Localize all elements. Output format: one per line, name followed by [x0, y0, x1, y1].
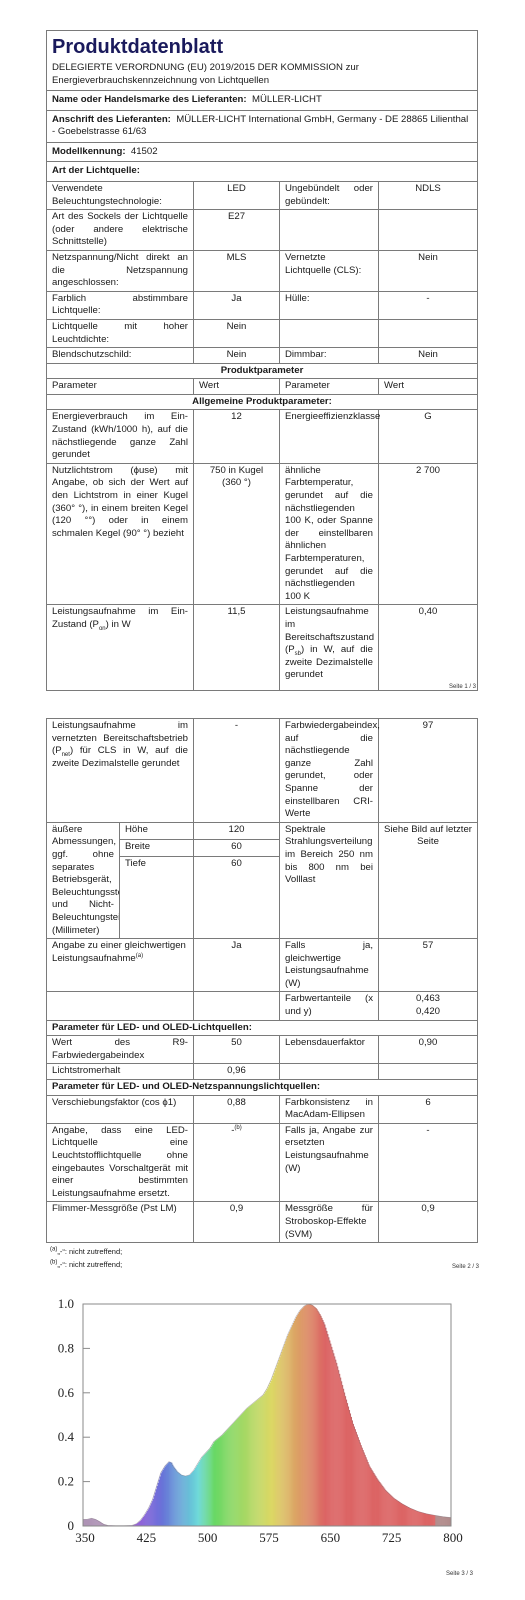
param-cell [280, 210, 379, 251]
param-cell: Ungebündelt oder gebündelt: [280, 181, 379, 209]
dim-height-label: Höhe [120, 822, 194, 839]
value-lumen-maintenance: 0,96 [194, 1064, 280, 1080]
footnote-b-text: „-“: nicht zutreffend; [57, 1260, 122, 1269]
y-tick-label: 0.2 [58, 1474, 74, 1489]
param-cell: Farblich abstimmbare Lichtquelle: [47, 291, 194, 319]
subscript-on: on [99, 626, 106, 632]
empty-cell [47, 992, 194, 1020]
supplier-address-label: Anschrift des Lieferanten: [52, 114, 171, 125]
param-dimensions: äußere Abmessungen, ggf. ohne separates … [47, 822, 120, 938]
datasheet-table-page-1: Produktdatenblatt DELEGIERTE VERORDNUNG … [46, 30, 478, 691]
dim-height-value: 120 [194, 822, 280, 839]
col-header-value-2: Wert [379, 379, 478, 395]
param-luminous-flux: Nutzlichtstrom (ϕuse) mit Angabe, ob sic… [47, 463, 194, 605]
value-cell: Nein [194, 348, 280, 364]
x-tick-label: 575 [259, 1530, 279, 1545]
param-color-temperature: ähnliche Farbtemperatur, gerundet auf di… [280, 463, 379, 605]
x-tick-label: 500 [198, 1530, 218, 1545]
param-fluorescent-replacement: Angabe, dass eine LED-Lichtquelle eine L… [47, 1123, 194, 1202]
param-cell: Netzspannung/Nicht direkt an die Netzspa… [47, 250, 194, 291]
value-cell: E27 [194, 210, 280, 251]
model-row: Modellkennung: 41502 [47, 142, 478, 162]
param-displacement-factor: Verschiebungsfaktor (cos ϕ1) [47, 1095, 194, 1123]
param-stroboscopic: Messgröße für Stroboskop-Effekte (SVM) [280, 1202, 379, 1243]
value-standby-power: 0,40 [379, 605, 478, 691]
value-cell: Ja [194, 291, 280, 319]
value-color-temperature: 2 700 [379, 463, 478, 605]
table-row: Angabe, dass eine LED-Lichtquelle eine L… [47, 1123, 478, 1202]
chromaticity-x: 0,463 [384, 993, 472, 1006]
page-title: Produktdatenblatt [52, 32, 472, 59]
x-tick-label: 725 [382, 1530, 402, 1545]
table-row: Netzspannung/Nicht direkt an die Netzspa… [47, 250, 478, 291]
value-cell: Nein [379, 348, 478, 364]
value-cell: MLS [194, 250, 280, 291]
light-source-rows: Verwendete Beleuchtungstechnologie:LEDUn… [47, 181, 478, 363]
spectrum-fill [83, 1304, 451, 1526]
param-survival-factor: Lebensdauerfaktor [280, 1036, 379, 1064]
value-efficiency-class: G [379, 410, 478, 463]
param-cri: Farbwiedergabeindex, auf die nächstliege… [280, 719, 379, 823]
regulation-line-2: Energieverbrauchskennzeichnung von Licht… [52, 74, 472, 87]
value-cri: 97 [379, 719, 478, 823]
table-row: Energieverbrauch im Ein-Zustand (kWh/100… [47, 410, 478, 463]
empty-cell [280, 1064, 379, 1080]
param-cell: Blendschutzschild: [47, 348, 194, 364]
datasheet-table-page-2: Leistungsaufnahme im vernetzten Bereitsc… [46, 718, 478, 1243]
param-equivalent-power: Angabe zu einer gleichwertigen Leistungs… [47, 939, 194, 992]
value-r9: 50 [194, 1036, 280, 1064]
light-source-type-header: Art der Lichtquelle: [47, 162, 478, 182]
param-colour-consistency: Farbkonsistenz in MacAdam-Ellipsen [280, 1095, 379, 1123]
footnote-a: (a)„-“: nicht zutreffend; [50, 1245, 477, 1258]
param-lumen-maintenance: Lichtstromerhalt [47, 1064, 194, 1080]
value-cell: - [379, 291, 478, 319]
datasheet-page-2: Leistungsaufnahme im vernetzten Bereitsc… [46, 718, 477, 1271]
param-chromaticity: Farbwertanteile (x und y) [280, 992, 379, 1020]
value-flicker: 0,9 [194, 1202, 280, 1243]
table-row: Nutzlichtstrom (ϕuse) mit Angabe, ob sic… [47, 463, 478, 605]
param-r9: Wert des R9-Farbwiedergabeindex [47, 1036, 194, 1064]
param-flicker: Flimmer-Messgröße (Pst LM) [47, 1202, 194, 1243]
param-cell [280, 319, 379, 347]
x-tick-label: 800 [443, 1530, 463, 1545]
value-equivalent-power: Ja [194, 939, 280, 992]
table-row: Leistungsaufnahme im Ein-Zustand (Pon) i… [47, 605, 478, 691]
x-tick-label: 350 [75, 1530, 95, 1545]
param-equivalent-power-text: Angabe zu einer gleichwertigen Leistungs… [52, 940, 186, 964]
column-header-row: Parameter Wert Parameter Wert [47, 379, 478, 395]
table-row: Farbwertanteile (x und y) 0,4630,420 [47, 992, 478, 1020]
table-row: Leistungsaufnahme im vernetzten Bereitsc… [47, 719, 478, 823]
y-tick-label: 0 [68, 1518, 75, 1533]
value-displacement-factor: 0,88 [194, 1095, 280, 1123]
param-on-mode-power: Leistungsaufnahme im Ein-Zustand (Pon) i… [47, 605, 194, 691]
param-efficiency-class: Energieeffizienzklasse [280, 410, 379, 463]
value-cell: Nein [194, 319, 280, 347]
param-cell: Dimmbar: [280, 348, 379, 364]
spectral-distribution-chart: 00.20.40.60.81.0350425500575650725800 [0, 1280, 525, 1580]
col-header-param-2: Parameter [280, 379, 379, 395]
value-net-standby-power: - [194, 719, 280, 823]
param-cell: Vernetzte Lichtquelle (CLS): [280, 250, 379, 291]
table-row: Blendschutzschild:NeinDimmbar:Nein [47, 348, 478, 364]
value-replaced-power: - [379, 1123, 478, 1202]
page-number-3: Seite 3 / 3 [446, 1571, 473, 1577]
param-standby-power: Leistungsaufnahme im Bereitschaftszustan… [280, 605, 379, 691]
table-row: Lichtquelle mit hoher Leuchtdichte:Nein [47, 319, 478, 347]
value-cell: NDLS [379, 181, 478, 209]
y-tick-label: 0.8 [58, 1340, 74, 1355]
page-number-1: Seite 1 / 3 [449, 684, 476, 690]
col-header-value-1: Wert [194, 379, 280, 395]
value-stroboscopic: 0,9 [379, 1202, 478, 1243]
value-chromaticity: 0,4630,420 [379, 992, 478, 1020]
param-cell: Lichtquelle mit hoher Leuchtdichte: [47, 319, 194, 347]
value-energy-consumption: 12 [194, 410, 280, 463]
table-row: Farblich abstimmbare Lichtquelle:JaHülle… [47, 291, 478, 319]
footnote-ref-b: (b) [234, 1125, 241, 1131]
value-fluorescent-replacement: -(b) [194, 1123, 280, 1202]
product-params-header: Produktparameter [47, 363, 478, 379]
table-row: Angabe zu einer gleichwertigen Leistungs… [47, 939, 478, 992]
param-on-mode-power-unit: ) in W [106, 619, 131, 630]
table-row: Flimmer-Messgröße (Pst LM) 0,9 Messgröße… [47, 1202, 478, 1243]
dim-depth-label: Tiefe [120, 857, 194, 939]
table-row: Wert des R9-Farbwiedergabeindex 50 Leben… [47, 1036, 478, 1064]
value-on-mode-power: 11,5 [194, 605, 280, 691]
y-tick-label: 0.4 [58, 1429, 75, 1444]
empty-cell [194, 992, 280, 1020]
param-net-standby-power: Leistungsaufnahme im vernetzten Bereitsc… [47, 719, 194, 823]
mains-params-header: Parameter für LED- und OLED-Netzspannung… [47, 1080, 478, 1096]
value-cell: LED [194, 181, 280, 209]
value-equivalent-watt: 57 [379, 939, 478, 992]
dim-width-value: 60 [194, 839, 280, 856]
value-luminous-flux: 750 in Kugel (360 °) [194, 463, 280, 605]
param-standby-power-unit: ) in W, auf die zweite Dezimalstelle ger… [285, 644, 373, 680]
value-cell: Nein [379, 250, 478, 291]
table-row: Verwendete Beleuchtungstechnologie:LEDUn… [47, 181, 478, 209]
model-id: 41502 [131, 146, 158, 157]
value-spectral-distribution: Siehe Bild auf letzter Seite [379, 822, 478, 938]
datasheet-page-1: Produktdatenblatt DELEGIERTE VERORDNUNG … [46, 30, 477, 691]
param-replaced-power: Falls ja, Angabe zur ersetzten Leistungs… [280, 1123, 379, 1202]
y-tick-label: 1.0 [58, 1296, 74, 1311]
page-number-2: Seite 2 / 3 [452, 1264, 479, 1270]
param-cell: Verwendete Beleuchtungstechnologie: [47, 181, 194, 209]
supplier-name: MÜLLER-LICHT [252, 94, 322, 105]
footnote-a-text: „-“: nicht zutreffend; [57, 1247, 122, 1256]
footnote-ref-a: (a) [136, 953, 143, 959]
supplier-address-row: Anschrift des Lieferanten: MÜLLER-LICHT … [47, 110, 478, 142]
led-params-header: Parameter für LED- und OLED-Lichtquellen… [47, 1020, 478, 1036]
value-cell [379, 319, 478, 347]
model-label: Modellkennung: [52, 146, 126, 157]
chromaticity-y: 0,420 [384, 1006, 472, 1019]
general-params-header: Allgemeine Produktparameter: [47, 394, 478, 410]
param-cell: Hülle: [280, 291, 379, 319]
table-row: Art des Sockels der Lichtquelle (oder an… [47, 210, 478, 251]
value-survival-factor: 0,90 [379, 1036, 478, 1064]
x-tick-label: 650 [321, 1530, 341, 1545]
dim-depth-value: 60 [194, 857, 280, 939]
x-tick-label: 425 [137, 1530, 157, 1545]
empty-cell [379, 1064, 478, 1080]
supplier-name-label: Name oder Handelsmarke des Lieferanten: [52, 94, 247, 105]
col-header-param-1: Parameter [47, 379, 194, 395]
dim-width-label: Breite [120, 839, 194, 856]
supplier-name-row: Name oder Handelsmarke des Lieferanten: … [47, 91, 478, 111]
value-colour-consistency: 6 [379, 1095, 478, 1123]
dimensions-row: äußere Abmessungen, ggf. ohne separates … [47, 822, 478, 839]
param-energy-consumption: Energieverbrauch im Ein-Zustand (kWh/100… [47, 410, 194, 463]
table-row: Lichtstromerhalt 0,96 [47, 1064, 478, 1080]
regulation-line-1: DELEGIERTE VERORDNUNG (EU) 2019/2015 DER… [52, 61, 472, 74]
table-row: Verschiebungsfaktor (cos ϕ1) 0,88 Farbko… [47, 1095, 478, 1123]
param-spectral-distribution: Spektrale Strahlungsverteilung im Bereic… [280, 822, 379, 938]
y-tick-label: 0.6 [58, 1385, 75, 1400]
param-net-standby-unit: ) für CLS in W, auf die zweite Dezimalst… [52, 745, 188, 769]
param-cell: Art des Sockels der Lichtquelle (oder an… [47, 210, 194, 251]
footnote-b: (b)„-“: nicht zutreffend; [50, 1258, 477, 1271]
param-equivalent-watt: Falls ja, gleichwertige Leistungsaufnahm… [280, 939, 379, 992]
value-cell [379, 210, 478, 251]
